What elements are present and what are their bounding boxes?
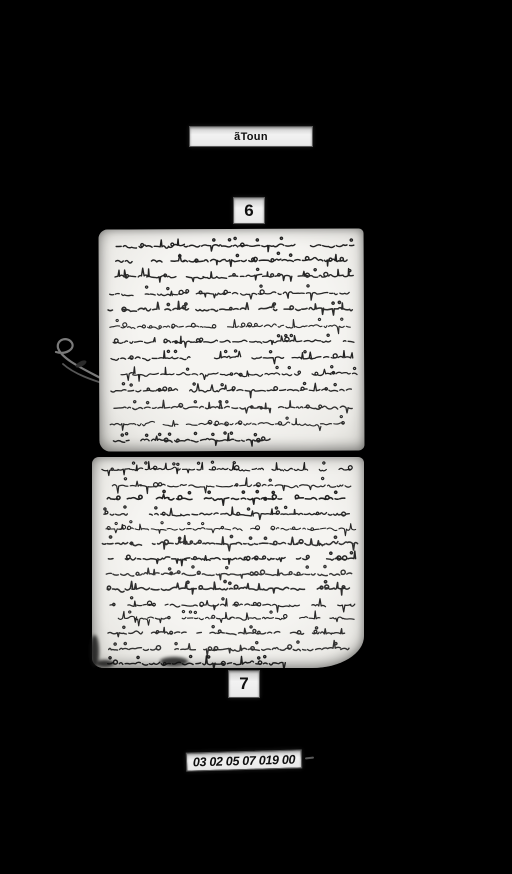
ink-smudge (160, 657, 188, 666)
stray-mark (305, 756, 314, 759)
page-number-6: 6 (244, 201, 253, 221)
manuscript-page-7 (92, 457, 364, 668)
manuscript-page-6 (99, 228, 365, 451)
page-marker-6: 6 (233, 197, 265, 224)
title-label: ãToun (189, 126, 313, 147)
page-marker-7: 7 (228, 670, 260, 698)
title-label-text: ãToun (234, 131, 268, 143)
handwritten-text-lines-page-6 (99, 228, 365, 451)
manuscript-photo: ãToun 6 7 03 02 05 07 019 00 (0, 0, 512, 874)
catalog-number-text: 03 02 05 07 019 00 (193, 752, 296, 769)
handwritten-text-lines-page-7 (92, 457, 364, 668)
ink-smudge (96, 660, 114, 667)
catalog-number-label: 03 02 05 07 019 00 (186, 749, 302, 771)
page-number-7: 7 (239, 674, 248, 694)
